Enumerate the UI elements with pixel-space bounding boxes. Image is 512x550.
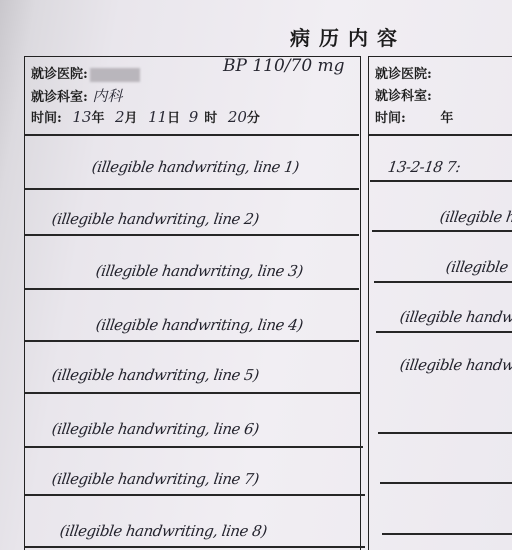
time-year: 13	[72, 108, 91, 126]
note-line: (illegible handwriting, line 3)	[95, 262, 304, 280]
rule-line	[25, 234, 359, 236]
note-line: (illegible handwriting, line 1)	[91, 158, 300, 176]
note-line: (illegible handwriting)	[439, 208, 512, 226]
blood-pressure-note: BP 110/70 mg	[223, 56, 345, 76]
hour-unit: 时	[204, 111, 217, 126]
note-line: (illegible handwriting, line 7)	[51, 470, 260, 488]
rule-line	[369, 134, 512, 136]
department-label: 就诊科室:	[31, 90, 88, 105]
note-line: (illegible handwriting, line 6)	[51, 420, 260, 438]
year-unit: 年	[440, 111, 453, 126]
rule-line	[25, 188, 359, 190]
note-line: (illegible handwriting, line 2)	[51, 210, 260, 228]
hospital-row: 就诊医院:	[375, 63, 432, 82]
time-day: 11	[148, 108, 167, 126]
time-row: 时间: 年	[375, 107, 453, 126]
rule-line	[376, 331, 512, 333]
medical-record-page: 病历内容 就诊医院: 就诊科室: 内科 时间: 13年 2月 11日 9时 20…	[0, 0, 512, 550]
rule-line	[378, 432, 512, 434]
rule-line	[25, 340, 359, 342]
note-line: (illegible handwriting)	[445, 258, 512, 276]
note-line: (illegible handwriting)	[399, 356, 512, 374]
time-minute: 20	[228, 108, 247, 126]
note-line: (illegible handwriting, line 8)	[59, 522, 268, 540]
rule-line	[374, 281, 512, 283]
rule-line	[370, 180, 512, 182]
note-line: (illegible handwriting, line 4)	[95, 316, 304, 334]
minute-unit: 分	[247, 111, 260, 126]
day-unit: 日	[167, 111, 180, 126]
redacted-hospital-name	[90, 68, 140, 82]
page-title: 病历内容	[290, 22, 406, 51]
note-line: (illegible handwriting)	[399, 308, 512, 326]
month-unit: 月	[125, 111, 138, 126]
rule-line	[25, 446, 363, 448]
hospital-row: 就诊医院:	[31, 63, 140, 82]
right-record-panel: 就诊医院: 就诊科室: 时间: 年	[368, 56, 512, 550]
department-row: 就诊科室: 内科	[31, 85, 122, 106]
rule-line	[380, 482, 512, 484]
note-line: (illegible handwriting, line 5)	[51, 366, 260, 384]
time-month: 2	[115, 108, 125, 126]
rule-line	[372, 230, 512, 232]
rule-line	[25, 392, 361, 394]
department-label: 就诊科室:	[375, 89, 432, 104]
time-label: 时间:	[31, 111, 62, 126]
time-label: 时间:	[375, 111, 406, 126]
rule-line	[25, 494, 365, 496]
rule-line	[25, 134, 359, 136]
note-line: 13-2-18 7:	[387, 158, 462, 176]
time-row: 时间: 13年 2月 11日 9时 20分	[31, 107, 260, 126]
hospital-label: 就诊医院:	[31, 67, 88, 82]
year-unit: 年	[91, 111, 104, 126]
time-hour: 9	[189, 108, 199, 126]
rule-line	[382, 533, 512, 535]
rule-line	[25, 546, 365, 548]
hospital-label: 就诊医院:	[375, 67, 432, 82]
department-row: 就诊科室:	[375, 85, 432, 104]
department-value: 内科	[92, 87, 122, 105]
rule-line	[25, 288, 359, 290]
